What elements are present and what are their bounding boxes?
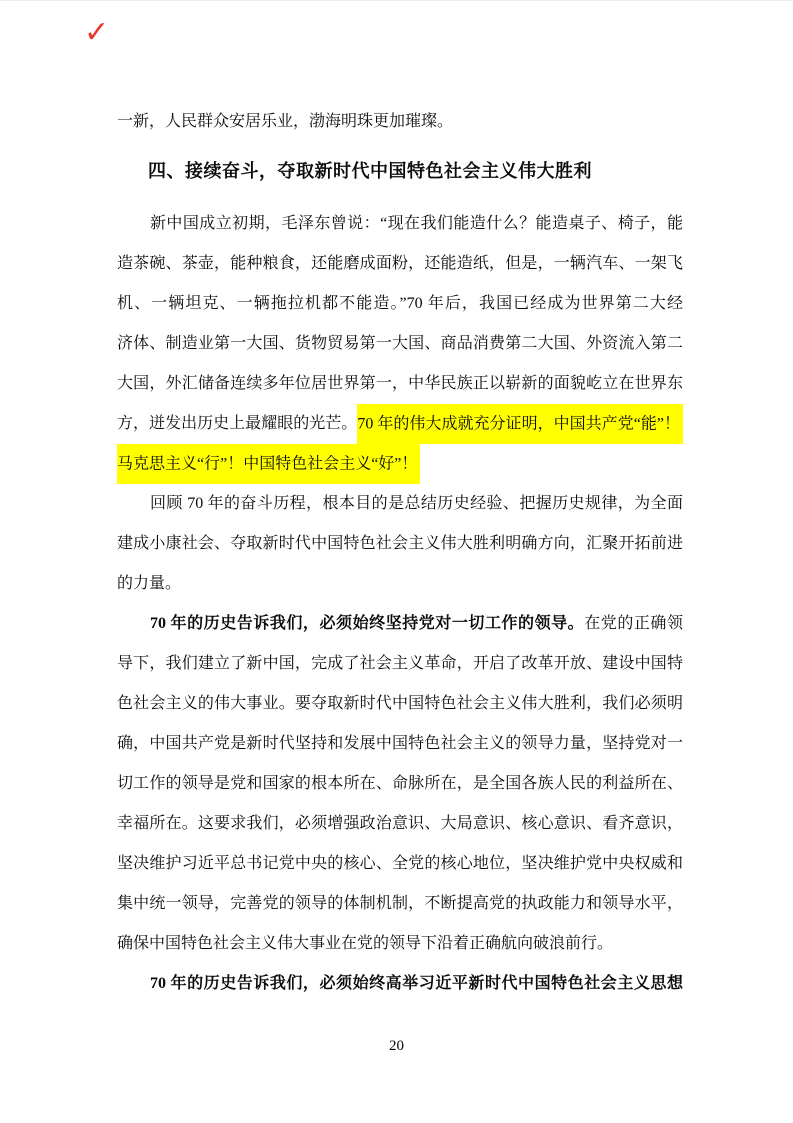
paragraph3-line4: 确，中国共产党是新时代坚持和发展中国特色社会主义的领导力量，坚持党对一: [117, 724, 683, 764]
paragraph3-line8: 集中统一领导，完善党的领导的体制机制，不断提高党的执政能力和领导水平，: [117, 884, 683, 924]
paragraph1-line5: 大国，外汇储备连续多年位居世界第一，中华民族正以崭新的面貌屹立在世界东: [117, 364, 683, 404]
highlighted-text: 70 年的伟大成就充分证明，中国共产党“能”！: [357, 404, 683, 444]
paragraph3-line2: 导下，我们建立了新中国，完成了社会主义革命，开启了改革开放、建设中国特: [117, 644, 683, 684]
paragraph3-line7: 坚决维护习近平总书记党中央的核心、全党的核心地位，坚决维护党中央权威和: [117, 844, 683, 884]
paragraph3-line1: 70 年的历史告诉我们，必须始终坚持党对一切工作的领导。在党的正确领: [117, 604, 683, 644]
paragraph2-line2: 建成小康社会、夺取新时代中国特色社会主义伟大胜利明确方向，汇聚开拓前进: [117, 524, 683, 564]
continuation-line: 一新，人民群众安居乐业，渤海明珠更加璀璨。: [117, 102, 683, 142]
paragraph1-line7: 马克思主义“行”！中国特色社会主义“好”！: [117, 444, 683, 484]
text-segment: 在党的正确领: [584, 615, 683, 632]
paragraph1-line2: 造茶碗、茶壶，能种粮食，还能磨成面粉，还能造纸，但是，一辆汽车、一架飞: [117, 244, 683, 284]
paragraph3-line6: 幸福所在。这要求我们，必须增强政治意识、大局意识、核心意识、看齐意识，: [117, 804, 683, 844]
highlighted-text: 马克思主义“行”！中国特色社会主义“好”！: [117, 444, 420, 484]
bold-lead-sentence: 70 年的历史告诉我们，必须始终高举习近平新时代中国特色社会主义思想: [150, 975, 683, 992]
paragraph1-line4: 济体、制造业第一大国、货物贸易第一大国、商品消费第二大国、外资流入第二: [117, 324, 683, 364]
paragraph2-line3: 的力量。: [117, 564, 683, 604]
paragraph3-line5: 切工作的领导是党和国家的根本所在、命脉所在，是全国各族人民的利益所在、: [117, 764, 683, 804]
red-checkmark-icon: ✓: [84, 15, 109, 50]
section-heading: 四、接续奋斗，夺取新时代中国特色社会主义伟大胜利: [148, 151, 592, 191]
text-segment: 方，迸发出历史上最耀眼的光芒。: [117, 415, 357, 432]
paragraph1-line6: 方，迸发出历史上最耀眼的光芒。70 年的伟大成就充分证明，中国共产党“能”！: [117, 404, 683, 444]
paragraph3-line3: 色社会主义的伟大事业。要夺取新时代中国特色社会主义伟大胜利，我们必须明: [117, 684, 683, 724]
bold-lead-sentence: 70 年的历史告诉我们，必须始终坚持党对一切工作的领导。: [150, 615, 584, 632]
document-page: ✓ 一新，人民群众安居乐业，渤海明珠更加璀璨。 四、接续奋斗，夺取新时代中国特色…: [0, 0, 793, 1123]
paragraph1-line3: 机、一辆坦克、一辆拖拉机都不能造。”70 年后，我国已经成为世界第二大经: [117, 284, 683, 324]
paragraph3-line9: 确保中国特色社会主义伟大事业在党的领导下沿着正确航向破浪前行。: [117, 924, 683, 964]
paragraph4-line1: 70 年的历史告诉我们，必须始终高举习近平新时代中国特色社会主义思想: [117, 964, 683, 1004]
page-number: 20: [0, 1026, 793, 1066]
paragraph2-line1: 回顾 70 年的奋斗历程，根本目的是总结历史经验、把握历史规律，为全面: [117, 484, 683, 524]
paragraph1-line1: 新中国成立初期，毛泽东曾说：“现在我们能造什么？能造桌子、椅子，能: [117, 204, 683, 244]
